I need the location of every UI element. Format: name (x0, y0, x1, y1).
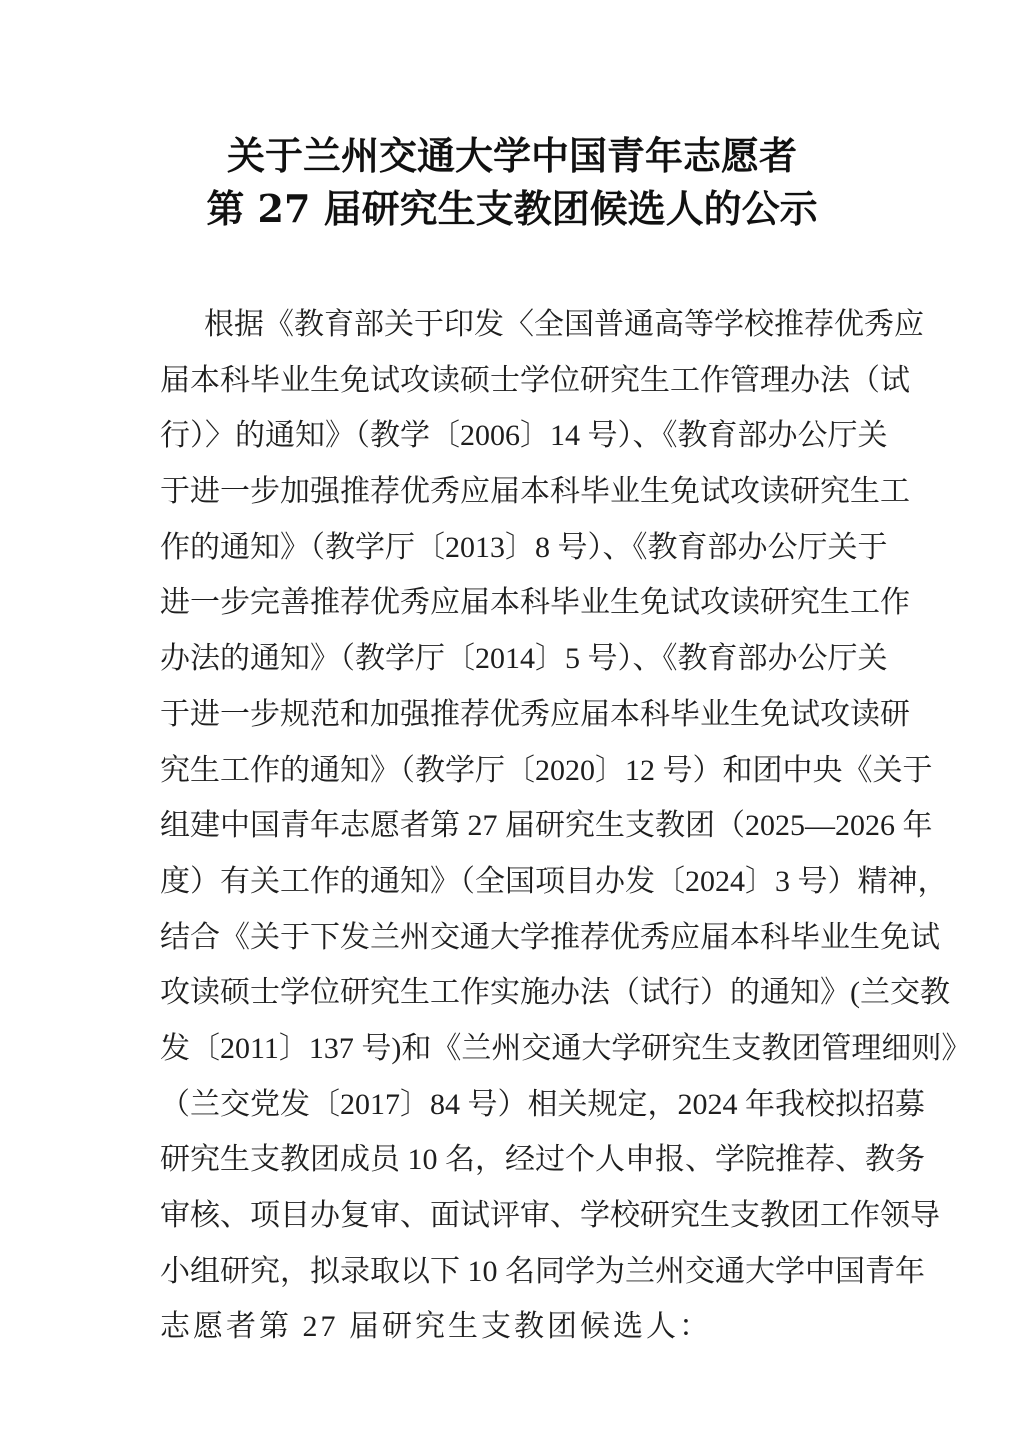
body-line: 办法的通知》（教学厅〔2014〕5 号）、《教育部办公厅关 (160, 636, 868, 692)
body-line: 攻读硕士学位研究生工作实施办法（试行）的通知》(兰交教 (160, 970, 868, 1026)
document-title-line-2: 第 27 届研究生支教团候选人的公示 (0, 183, 1024, 235)
body-line: 组建中国青年志愿者第 27 届研究生支教团（2025—2026 年 (160, 803, 868, 859)
body-line: 度）有关工作的通知》（全国项目办发〔2024〕3 号）精神， (160, 859, 868, 915)
body-line: 审核、项目办复审、面试评审、学校研究生支教团工作领导 (160, 1193, 868, 1249)
body-line: 于进一步规范和加强推荐优秀应届本科毕业生免试攻读研 (160, 692, 868, 748)
body-line: 进一步完善推荐优秀应届本科毕业生免试攻读研究生工作 (160, 580, 868, 636)
body-line: 届本科毕业生免试攻读硕士学位研究生工作管理办法（试 (160, 358, 868, 414)
document-body: 根据《教育部关于印发〈全国普通高等学校推荐优秀应 届本科毕业生免试攻读硕士学位研… (160, 302, 868, 1360)
body-line: 作的通知》（教学厅〔2013〕8 号）、《教育部办公厅关于 (160, 525, 868, 581)
body-line: 小组研究，拟录取以下 10 名同学为兰州交通大学中国青年 (160, 1249, 868, 1305)
body-line: 行）〉的通知》（教学〔2006〕14 号）、《教育部办公厅关 (160, 413, 868, 469)
body-line: 结合《关于下发兰州交通大学推荐优秀应届本科毕业生免试 (160, 915, 868, 971)
body-line: （兰交党发〔2017〕84 号）相关规定，2024 年我校拟招募 (160, 1082, 868, 1138)
document-page: 关于兰州交通大学中国青年志愿者 第 27 届研究生支教团候选人的公示 根据《教育… (0, 0, 1024, 1448)
body-line: 发〔2011〕137 号)和《兰州交通大学研究生支教团管理细则》 (160, 1026, 868, 1082)
body-line: 究生工作的通知》（教学厅〔2020〕12 号）和团中央《关于 (160, 748, 868, 804)
body-line: 根据《教育部关于印发〈全国普通高等学校推荐优秀应 (160, 302, 868, 358)
body-line: 研究生支教团成员 10 名，经过个人申报、学院推荐、教务 (160, 1137, 868, 1193)
body-line: 志愿者第 27 届研究生支教团候选人： (160, 1304, 868, 1360)
body-line: 于进一步加强推荐优秀应届本科毕业生免试攻读研究生工 (160, 469, 868, 525)
document-title-line-1: 关于兰州交通大学中国青年志愿者 (0, 130, 1024, 182)
